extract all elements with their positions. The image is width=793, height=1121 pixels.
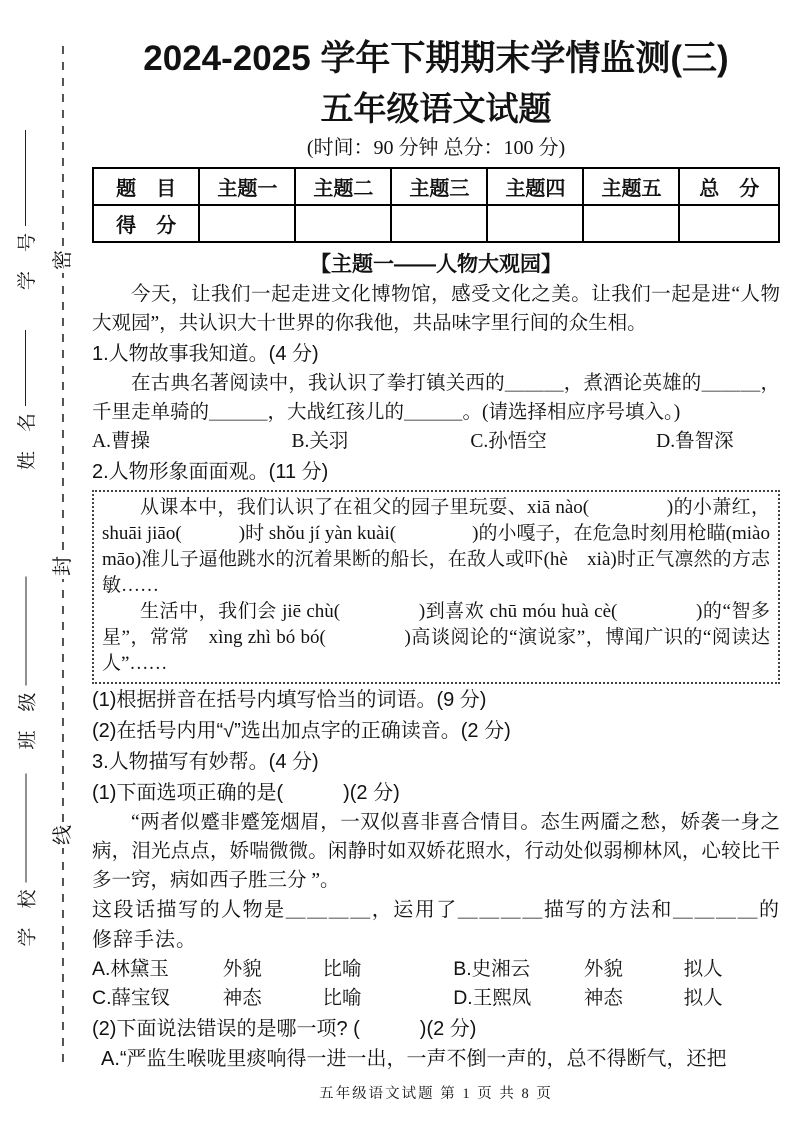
q2-stem: 2.人物形象面面观。(11 分)	[92, 457, 780, 487]
q1-option-a: A.曹操	[92, 427, 292, 456]
q3-option-row-1: A.林黛玉 外貌 比喻 B.史湘云 外貌 拟人	[92, 955, 780, 984]
score-table-score-row: 得 分	[93, 205, 779, 242]
score-table-header-row: 题 目 主题一 主题二 主题三 主题四 主题五 总 分	[93, 168, 779, 205]
q3-sub2: (2)下面说法错误的是哪一项? ( )(2 分)	[92, 1014, 780, 1044]
student-name-field: 姓 名	[11, 330, 39, 470]
student-name-blank-line	[25, 330, 26, 406]
q3-option-d-name: D.王熙凤	[453, 984, 584, 1013]
student-id-label: 学 号	[12, 233, 39, 290]
score-table-header-cell: 主题三	[391, 168, 487, 205]
class-blank-line	[25, 577, 26, 686]
seal-char-xian: 线	[50, 822, 76, 848]
school-label: 学 校	[12, 889, 39, 946]
class-label: 班 级	[12, 692, 39, 749]
q3-sub1: (1)下面选项正确的是( )(2 分)	[92, 778, 780, 808]
score-cell-empty	[583, 205, 679, 242]
q3-option-b-method: 外貌	[584, 955, 684, 984]
q1-body: 在古典名著阅读中，我认识了拳打镇关西的＿＿＿，煮酒论英雄的＿＿＿，千里走单骑的＿…	[92, 369, 780, 427]
time-score-note: (时间：90 分钟 总分：100 分)	[92, 134, 780, 162]
score-table-header-cell: 总 分	[679, 168, 779, 205]
school-blank-line	[25, 774, 26, 883]
q3-option-c-method: 神态	[223, 984, 323, 1013]
score-cell-empty	[295, 205, 391, 242]
q2-box-paragraph-1: 从课本中，我们认识了在祖父的园子里玩耍、xiā nào( )的小萧红，shuāi…	[102, 495, 770, 599]
score-table-header-cell: 主题二	[295, 168, 391, 205]
q1-option-d: D.鲁智深	[656, 427, 780, 456]
q3-option-a-rhetoric: 比喻	[322, 955, 453, 984]
score-cell-empty	[679, 205, 779, 242]
q3-option-row-2: C.薛宝钗 神态 比喻 D.王熙凤 神态 拟人	[92, 984, 780, 1013]
student-id-blank-line	[25, 130, 26, 226]
q3-sub2-option-a: A.“严监生喉咙里痰响得一进一出，一声不倒一声的，总不得断气，还把	[92, 1044, 780, 1074]
q3-option-a-name: A.林黛玉	[92, 955, 223, 984]
content-column: 2024-2025 学年下期期末学情监测(三) 五年级语文试题 (时间：90 分…	[92, 36, 780, 1103]
q3-option-b-name: B.史湘云	[453, 955, 584, 984]
q1-stem: 1.人物故事我知道。(4 分)	[92, 339, 780, 369]
q2-sub1: (1)根据拼音在括号内填写恰当的词语。(9 分)	[92, 685, 780, 715]
student-name-label: 姓 名	[12, 413, 39, 470]
score-cell-empty	[391, 205, 487, 242]
exam-title-line2: 五年级语文试题	[92, 86, 780, 132]
q3-stem: 3.人物描写有妙帮。(4 分)	[92, 747, 780, 777]
q3-option-c-name: C.薛宝钗	[92, 984, 223, 1013]
school-field: 学 校	[12, 774, 40, 947]
exam-title-line1: 2024-2025 学年下期期末学情监测(三)	[92, 36, 780, 82]
score-cell-empty	[199, 205, 295, 242]
q3-fill-line: 这段话描写的人物是＿＿＿＿，运用了＿＿＿＿描写的方法和＿＿＿＿的修辞手法。	[92, 895, 780, 955]
q3-option-a-method: 外貌	[223, 955, 323, 984]
q3-quote: “两者似蹙非蹙笼烟眉，一双似喜非喜合情目。态生两靥之愁，娇袭一身之病，泪光点点，…	[92, 808, 780, 895]
score-table-header-cell: 题 目	[93, 168, 199, 205]
q3-option-c-rhetoric: 比喻	[322, 984, 453, 1013]
q3-option-d-rhetoric: 拟人	[684, 984, 780, 1013]
q1-options-row: A.曹操 B.关羽 C.孙悟空 D.鲁智深	[92, 427, 780, 456]
exam-page: 学 号 姓 名 班 级 学 校 密 封 线 2024-2025 学年下期期末学情…	[0, 0, 793, 1121]
student-id-field: 学 号	[11, 130, 39, 290]
page-footer: 五年级语文试题 第 1 页 共 8 页	[92, 1082, 780, 1103]
seal-char-feng: 封	[50, 553, 76, 579]
q3-option-b-rhetoric: 拟人	[684, 955, 780, 984]
q2-pinyin-box: 从课本中，我们认识了在祖父的园子里玩耍、xiā nào( )的小萧红，shuāi…	[92, 490, 780, 684]
theme1-intro: 今天，让我们一起走进文化博物馆，感受文化之美。让我们一起是进“人物大观园”，共认…	[92, 280, 780, 338]
q2-box-paragraph-2: 生活中，我们会 jiē chù( )到喜欢 chū móu huà cè( )的…	[102, 599, 770, 677]
score-table: 题 目 主题一 主题二 主题三 主题四 主题五 总 分 得 分	[92, 167, 780, 243]
theme1-heading: 【主题一——人物大观园】	[92, 250, 780, 280]
q2-sub2: (2)在括号内用“√”选出加点字的正确读音。(2 分)	[92, 716, 780, 746]
q3-option-d-method: 神态	[584, 984, 684, 1013]
score-table-header-cell: 主题四	[487, 168, 583, 205]
score-table-header-cell: 主题五	[583, 168, 679, 205]
class-field: 班 级	[12, 577, 40, 750]
score-row-label: 得 分	[93, 205, 199, 242]
score-cell-empty	[487, 205, 583, 242]
seal-char-mi: 密	[50, 247, 76, 273]
score-table-header-cell: 主题一	[199, 168, 295, 205]
q1-option-c: C.孙悟空	[470, 427, 656, 456]
q1-option-b: B.关羽	[292, 427, 471, 456]
